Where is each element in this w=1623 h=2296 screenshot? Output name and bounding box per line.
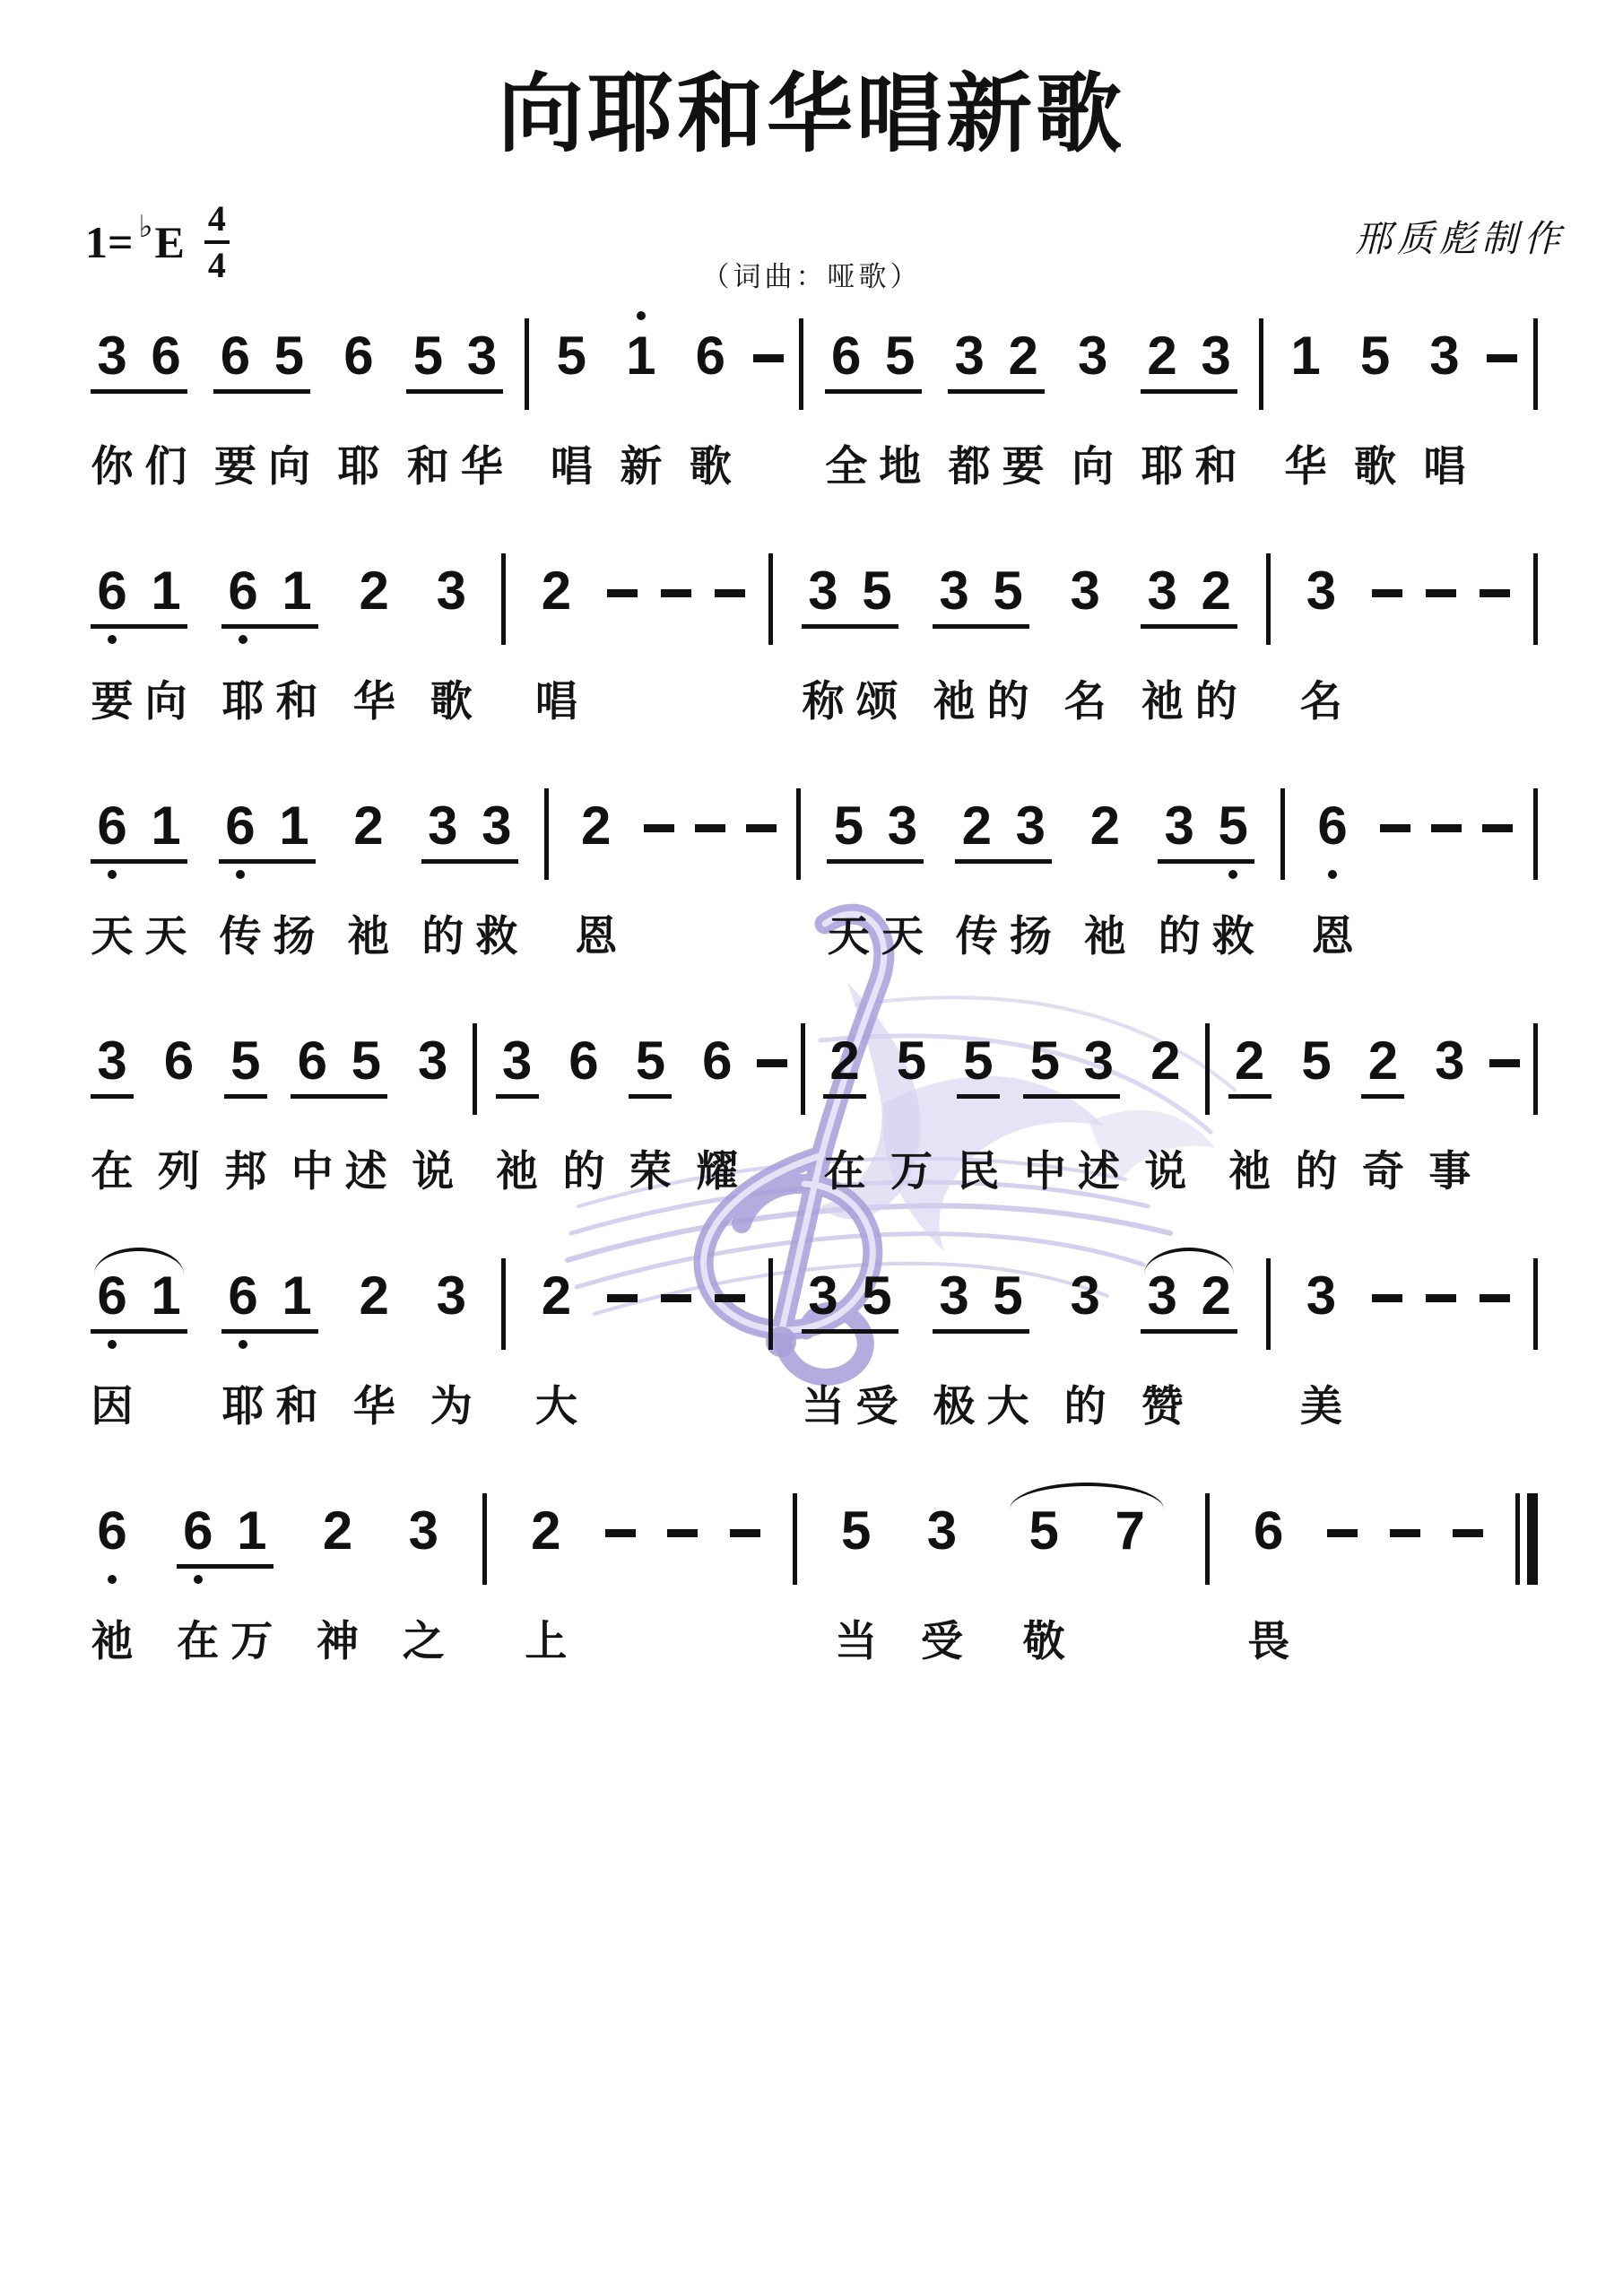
beam-underline <box>496 1094 539 1099</box>
note-head-wrap: 5 <box>833 1481 880 1615</box>
lyric-syllable: 要 <box>1002 440 1045 492</box>
lyric-syllable: 畏 <box>1247 1615 1289 1667</box>
lyric-syllable: 赞 <box>1141 1380 1184 1432</box>
note-group: 2神 <box>311 1481 365 1667</box>
note-head-wrap: 2 <box>345 776 392 910</box>
note-digit: 3 <box>502 1034 532 1145</box>
music-system: 6祂6在1万2神3之2上5当3受5敬76畏 <box>85 1481 1538 1669</box>
note-digit: 6 <box>97 799 126 910</box>
lyric-syllable: 大 <box>535 1380 577 1432</box>
note-head-wrap: 6 <box>89 776 135 910</box>
note-digit: 6 <box>228 1269 257 1380</box>
lyric-syllable: 说 <box>412 1145 454 1197</box>
note-digit: 2 <box>353 799 383 910</box>
note-digit: 2 <box>542 1269 571 1380</box>
barline <box>525 318 529 410</box>
lyric-syllable: 唱 <box>1423 440 1465 492</box>
note-cell: 2的 <box>1189 541 1243 727</box>
beam-underline <box>802 624 898 629</box>
note-cell: 6列 <box>152 1011 205 1197</box>
note-group: 3祂 <box>490 1011 544 1197</box>
note-head-wrap: 3 <box>1062 1246 1108 1380</box>
note-group: 2在 <box>818 1011 872 1197</box>
octave-dot-below <box>194 1575 203 1584</box>
note-cell: 5向 <box>262 306 316 492</box>
note-digit: 2 <box>360 564 389 675</box>
note-cell: 1向 <box>139 541 193 727</box>
note-group: 5民 <box>951 1011 1005 1197</box>
note-group: 3在 <box>85 1011 139 1197</box>
note-digit: 3 <box>97 329 126 440</box>
note-digit: 3 <box>808 564 838 675</box>
lyric-syllable: 耶 <box>337 440 379 492</box>
note-group: 2祂 <box>1223 1011 1277 1197</box>
note-digit: 6 <box>151 329 180 440</box>
note-head-wrap: 5 <box>985 1246 1031 1380</box>
beam-underline <box>221 1329 318 1334</box>
lyric-syllable: 你 <box>91 440 134 492</box>
duration-dash <box>607 1294 638 1302</box>
barline <box>501 1258 506 1350</box>
note-head-wrap: 3 <box>89 1011 135 1145</box>
note-digit: 3 <box>1070 1269 1099 1380</box>
score-header: 1=♭E 4 4 （词曲：哑歌） 邢质彪制作 <box>0 170 1623 306</box>
note-cell: 6耀 <box>690 1011 744 1197</box>
note-head-wrap: 2 <box>1139 306 1185 440</box>
note-head-wrap: 5 <box>1352 306 1399 440</box>
note-cell: 5荣 <box>623 1011 677 1197</box>
note-head-wrap: 3 <box>410 1011 456 1145</box>
duration-dash <box>1431 824 1462 832</box>
note-digit: 3 <box>1078 329 1107 440</box>
note-digit: 6 <box>1317 799 1347 910</box>
note-head-wrap: 5 <box>1021 1011 1068 1145</box>
note-digit: 5 <box>636 1034 665 1145</box>
barline <box>473 1023 477 1115</box>
note-digit: 3 <box>437 1269 466 1380</box>
note-group: 6耶1和 <box>216 541 324 727</box>
note-group: 3祂2的 <box>1135 541 1243 727</box>
barline <box>1259 318 1263 410</box>
flat-sign-icon: ♭ <box>139 213 153 243</box>
beam-underline <box>219 859 316 864</box>
note-head-wrap: 3 <box>1427 1011 1473 1145</box>
note-digit: 5 <box>993 564 1022 675</box>
lyric-syllable: 美 <box>1300 1380 1342 1432</box>
octave-dot-above <box>637 311 646 320</box>
note-cell: 5天 <box>821 776 875 962</box>
note-digit: 5 <box>1030 1034 1060 1145</box>
note-digit: 5 <box>1029 1504 1059 1615</box>
note-cell: 2祂 <box>1223 1011 1277 1197</box>
note-group: 6中5述 <box>285 1011 393 1197</box>
note-group: 5敬7 <box>1001 1481 1173 1667</box>
note-cell: 5的 <box>1289 1011 1343 1197</box>
note-digit: 5 <box>862 564 891 675</box>
lyric-syllable: 唱 <box>551 440 593 492</box>
beam-underline <box>955 859 1052 864</box>
beam-underline <box>421 859 518 864</box>
note-group: 2华 <box>347 541 401 727</box>
note-cell: 1天 <box>139 776 193 962</box>
note-cell: 6中 <box>285 1011 339 1197</box>
note-digit: 3 <box>1084 1034 1114 1145</box>
lyric-syllable: 祂 <box>933 675 976 727</box>
final-barline <box>1515 1493 1538 1585</box>
note-group: 6要5向 <box>208 306 316 492</box>
octave-dot-below <box>108 870 117 879</box>
note-group: 6耶1和 <box>216 1246 324 1432</box>
note-cell: 6全 <box>820 306 873 492</box>
note-group: 5当 <box>829 1481 883 1667</box>
note-cell: 6歌 <box>683 306 737 492</box>
note-head-wrap: 6 <box>175 1481 221 1615</box>
note-cell: 1新 <box>614 306 668 492</box>
lyric-syllable: 大 <box>987 1380 1029 1432</box>
note-group: 3都2要 <box>942 306 1050 492</box>
beam-underline <box>802 1329 898 1334</box>
lyric-syllable: 新 <box>620 440 662 492</box>
note-digit: 6 <box>97 1504 126 1615</box>
lyric-syllable: 天 <box>881 910 924 962</box>
note-group: 5天3天 <box>821 776 929 962</box>
note-digit: 3 <box>1070 564 1099 675</box>
note-group: 5唱 <box>544 306 598 492</box>
beam-underline <box>1141 389 1237 394</box>
barline <box>501 553 506 645</box>
beam-underline <box>825 389 922 394</box>
note-head-wrap: 5 <box>222 1011 269 1145</box>
note-digit: 3 <box>97 1034 126 1145</box>
note-cell: 6耶 <box>332 306 386 492</box>
note-head-wrap: 5 <box>877 306 924 440</box>
note-head-wrap: 3 <box>918 1481 965 1615</box>
note-cell: 2祂 <box>342 776 395 962</box>
note-cell: 2华 <box>347 1246 401 1432</box>
note-digit: 5 <box>862 1269 891 1380</box>
note-group: 5邦 <box>219 1011 273 1197</box>
octave-dot-below <box>239 635 247 644</box>
lyric-syllable: 的 <box>1159 910 1201 962</box>
note-head-wrap: 2 <box>533 541 579 675</box>
lyric-syllable: 因 <box>91 1380 134 1432</box>
beam-underline <box>224 1094 267 1099</box>
note-head-wrap: 1 <box>271 776 317 910</box>
note-digit: 1 <box>282 1269 311 1380</box>
note-cell: 1万 <box>225 1481 279 1667</box>
note-digit: 2 <box>1368 1034 1398 1145</box>
music-system: 3你6们6要5向6耶5和3华5唱1新6歌6全5地3都2要3向2耶3和1华5歌3唱 <box>85 306 1538 494</box>
lyric-syllable: 受 <box>921 1615 963 1667</box>
note-digit: 6 <box>228 564 257 675</box>
note-head-wrap: 3 <box>931 541 977 675</box>
note-head-wrap: 6 <box>335 306 382 440</box>
note-group: 3唱 <box>1418 306 1471 492</box>
lyric-syllable: 华 <box>353 1380 395 1432</box>
beam-underline <box>823 1094 866 1099</box>
lyric-syllable: 上 <box>525 1615 567 1667</box>
beam-underline <box>1141 624 1237 629</box>
note-digit: 5 <box>841 1504 871 1615</box>
note-head-wrap: 6 <box>89 1481 135 1615</box>
barline <box>801 1023 805 1115</box>
note-cell: 6的 <box>557 1011 611 1197</box>
note-group: 3歌 <box>424 541 478 727</box>
note-group: 5歌 <box>1349 306 1402 492</box>
note-group: 5的 <box>1289 1011 1343 1197</box>
lyric-syllable: 当 <box>802 1380 844 1432</box>
lyric-syllable: 恩 <box>1312 910 1354 962</box>
note-digit: 6 <box>221 329 250 440</box>
note-head-wrap: 3 <box>1075 1011 1122 1145</box>
note-head-wrap: 3 <box>1421 306 1468 440</box>
note-cell: 2唱 <box>529 541 583 727</box>
lyric-syllable: 中 <box>291 1145 334 1197</box>
note-group: 6因1 <box>85 1246 193 1432</box>
lyric-syllable: 扬 <box>1010 910 1052 962</box>
note-digit: 7 <box>1115 1504 1145 1615</box>
lyric-syllable: 受 <box>855 1380 898 1432</box>
barline <box>796 788 801 880</box>
note-digit: 3 <box>939 1269 968 1380</box>
music-system: 3在6列5邦6中5述3说3祂6的5荣6耀2在5万5民5中3述2说2祂5的2奇3事 <box>85 1011 1538 1199</box>
duration-dash <box>1327 1529 1358 1537</box>
note-head-wrap: 6 <box>143 306 189 440</box>
note-head-wrap: 1 <box>1282 306 1329 440</box>
lyric-syllable: 歌 <box>430 675 473 727</box>
note-digit: 3 <box>939 564 968 675</box>
duration-dash <box>607 589 638 597</box>
lyric-syllable: 之 <box>403 1615 445 1667</box>
note-head-wrap: 3 <box>1007 776 1054 910</box>
lyric-syllable: 的 <box>562 1145 604 1197</box>
lyric-syllable: 耶 <box>1141 440 1184 492</box>
note-cell: 3在 <box>85 1011 139 1197</box>
lyric-syllable: 荣 <box>629 1145 672 1197</box>
note-digit: 2 <box>962 799 992 910</box>
note-head-wrap: 1 <box>143 541 189 675</box>
note-head-wrap: 1 <box>143 776 189 910</box>
note-head-wrap: 5 <box>888 1011 934 1145</box>
note-cell: 6在 <box>171 1481 225 1667</box>
lyric-syllable: 救 <box>475 910 517 962</box>
barline <box>482 1493 487 1585</box>
note-cell: 2恩 <box>569 776 623 962</box>
note-digit: 3 <box>409 1504 438 1615</box>
note-digit: 1 <box>151 1269 180 1380</box>
time-signature-numerator: 4 <box>204 200 230 244</box>
note-head-wrap: 2 <box>821 1011 868 1145</box>
note-digit: 2 <box>1147 329 1176 440</box>
music-system: 6因16耶1和2华3为2大3当5受3极5大3的3赞23美 <box>85 1246 1538 1434</box>
note-digit: 2 <box>829 1034 859 1145</box>
lyric-syllable: 称 <box>802 675 844 727</box>
lyric-syllable: 奇 <box>1362 1145 1404 1197</box>
note-head-wrap: 3 <box>800 1246 846 1380</box>
octave-dot-below <box>1328 870 1337 879</box>
note-digit: 5 <box>413 329 443 440</box>
note-head-wrap: 3 <box>946 306 993 440</box>
beam-underline <box>1141 1329 1237 1334</box>
note-head-wrap: 3 <box>1298 541 1344 675</box>
lyric-syllable: 神 <box>317 1615 359 1667</box>
note-group: 3赞2 <box>1135 1246 1243 1432</box>
note-group: 2祂 <box>342 776 395 962</box>
note-digit: 2 <box>531 1504 560 1615</box>
note-head-wrap: 3 <box>1139 541 1185 675</box>
note-head-wrap: 3 <box>1062 541 1108 675</box>
note-digit: 3 <box>437 564 466 675</box>
lyric-syllable: 说 <box>1144 1145 1186 1197</box>
lyric-syllable: 的 <box>1296 1145 1338 1197</box>
note-head-wrap: 6 <box>1309 776 1356 910</box>
note-head-wrap: 3 <box>931 1246 977 1380</box>
note-head-wrap: 2 <box>1193 541 1239 675</box>
beam-underline <box>933 1329 1029 1334</box>
beam-underline <box>91 1094 134 1099</box>
note-cell: 3都 <box>942 306 996 492</box>
note-head-wrap: 2 <box>953 776 1000 910</box>
note-cell: 3唱 <box>1418 306 1471 492</box>
note-group: 2说 <box>1139 1011 1193 1197</box>
note-digit: 2 <box>1150 1034 1180 1145</box>
barline <box>793 1493 797 1585</box>
note-cell: 3说 <box>406 1011 460 1197</box>
note-head-wrap: 5 <box>548 306 595 440</box>
note-head-wrap: 3 <box>473 776 520 910</box>
note-digit: 3 <box>1148 1269 1177 1380</box>
duration-dash <box>661 589 691 597</box>
lyric-syllable: 向 <box>268 440 310 492</box>
note-cell: 3和 <box>1189 306 1243 492</box>
beam-underline <box>629 1094 672 1099</box>
note-cell: 3之 <box>396 1481 450 1667</box>
note-group: 3祂5的 <box>927 541 1035 727</box>
note-head-wrap: 3 <box>494 1011 541 1145</box>
lyric-syllable: 要 <box>91 675 134 727</box>
note-head-wrap: 3 <box>800 541 846 675</box>
note-group: 5万 <box>884 1011 938 1197</box>
music-system: 6天1天6传1扬2祂3的3救2恩5天3天2传3扬2祂3的5救6恩 <box>85 776 1538 964</box>
beam-underline <box>1361 1094 1404 1099</box>
note-cell: 3的 <box>1058 1246 1112 1432</box>
note-head-wrap: 2 <box>523 1481 569 1615</box>
duration-dash <box>1487 354 1517 362</box>
note-group: 3名 <box>1294 541 1348 727</box>
note-head-wrap: 3 <box>1156 776 1202 910</box>
beam-underline <box>177 1564 273 1569</box>
duration-dash <box>730 1529 760 1537</box>
note-digit: 3 <box>888 799 917 910</box>
lyric-syllable: 和 <box>276 675 318 727</box>
note-group: 6恩 <box>1306 776 1359 962</box>
lyric-syllable: 耶 <box>222 675 265 727</box>
note-digit: 5 <box>1360 329 1390 440</box>
note-cell: 5救 <box>1206 776 1260 962</box>
duration-dash <box>1426 589 1456 597</box>
lyric-syllable: 地 <box>879 440 921 492</box>
note-cell: 3的 <box>1152 776 1206 962</box>
note-cell: 3称 <box>796 541 850 727</box>
note-head-wrap: 5 <box>854 541 900 675</box>
beam-underline <box>406 389 503 394</box>
lyric-syllable: 耀 <box>696 1145 738 1197</box>
note-cell: 3你 <box>85 306 139 492</box>
note-group: 3为 <box>424 1246 478 1432</box>
lyric-syllable: 在 <box>91 1145 134 1197</box>
lyric-syllable: 和 <box>1195 440 1237 492</box>
note-cell: 3祂 <box>927 541 981 727</box>
note-cell: 5歌 <box>1349 306 1402 492</box>
barline <box>1533 1023 1538 1115</box>
barline <box>799 318 803 410</box>
note-digit: 2 <box>323 1504 352 1615</box>
lyric-syllable: 祂 <box>1141 675 1184 727</box>
lyric-syllable: 天 <box>828 910 870 962</box>
note-group: 5荣 <box>623 1011 677 1197</box>
note-group: 3的3救 <box>416 776 524 962</box>
note-group: 6列 <box>152 1011 205 1197</box>
beam-underline <box>1023 1094 1120 1099</box>
note-digit: 5 <box>1219 799 1248 910</box>
note-group: 6歌 <box>683 306 737 492</box>
note-digit: 6 <box>183 1504 213 1615</box>
note-group: 6传1扬 <box>213 776 321 962</box>
note-head-wrap: 6 <box>220 1246 266 1380</box>
note-cell: 3述 <box>1072 1011 1125 1197</box>
note-digit: 3 <box>467 329 497 440</box>
barline <box>768 1258 773 1350</box>
note-head-wrap: 5 <box>1293 1011 1340 1145</box>
note-group: 3称5颂 <box>796 541 904 727</box>
note-group: 3之 <box>396 1481 450 1667</box>
note-group: 2传3扬 <box>950 776 1057 962</box>
note-head-wrap: 1 <box>229 1481 275 1615</box>
note-cell: 2大 <box>529 1246 583 1432</box>
note-group: 3美 <box>1294 1246 1348 1432</box>
note-group: 6要1向 <box>85 541 193 727</box>
duration-dash <box>1489 1059 1520 1067</box>
octave-dot-below <box>239 1340 247 1349</box>
note-group: 6全5地 <box>820 306 927 492</box>
lyric-syllable: 歌 <box>1354 440 1396 492</box>
final-barline-thick <box>1527 1493 1538 1585</box>
note-group: 2华 <box>347 1246 401 1432</box>
note-digit: 3 <box>954 329 984 440</box>
note-group: 3极5大 <box>927 1246 1035 1432</box>
duration-dash <box>1380 824 1410 832</box>
note-digit: 5 <box>1301 1034 1331 1145</box>
beam-underline <box>827 859 924 864</box>
barline <box>1533 318 1538 410</box>
note-head-wrap: 5 <box>825 776 872 910</box>
lyric-syllable: 名 <box>1064 675 1107 727</box>
note-cell: 3名 <box>1294 541 1348 727</box>
beam-underline <box>1228 1094 1271 1099</box>
note-group: 2奇 <box>1356 1011 1410 1197</box>
note-digit: 2 <box>581 799 611 910</box>
note-head-wrap: 2 <box>1227 1011 1273 1145</box>
note-cell: 6祂 <box>85 1481 139 1667</box>
note-digit: 3 <box>1429 329 1459 440</box>
note-cell: 3华 <box>455 306 508 492</box>
note-head-wrap: 3 <box>1298 1246 1344 1380</box>
note-cell: 3扬 <box>1003 776 1057 962</box>
note-digit: 3 <box>482 799 511 910</box>
note-head-wrap: 5 <box>265 306 312 440</box>
duration-dash <box>1482 824 1513 832</box>
note-digit: 5 <box>230 1034 260 1145</box>
